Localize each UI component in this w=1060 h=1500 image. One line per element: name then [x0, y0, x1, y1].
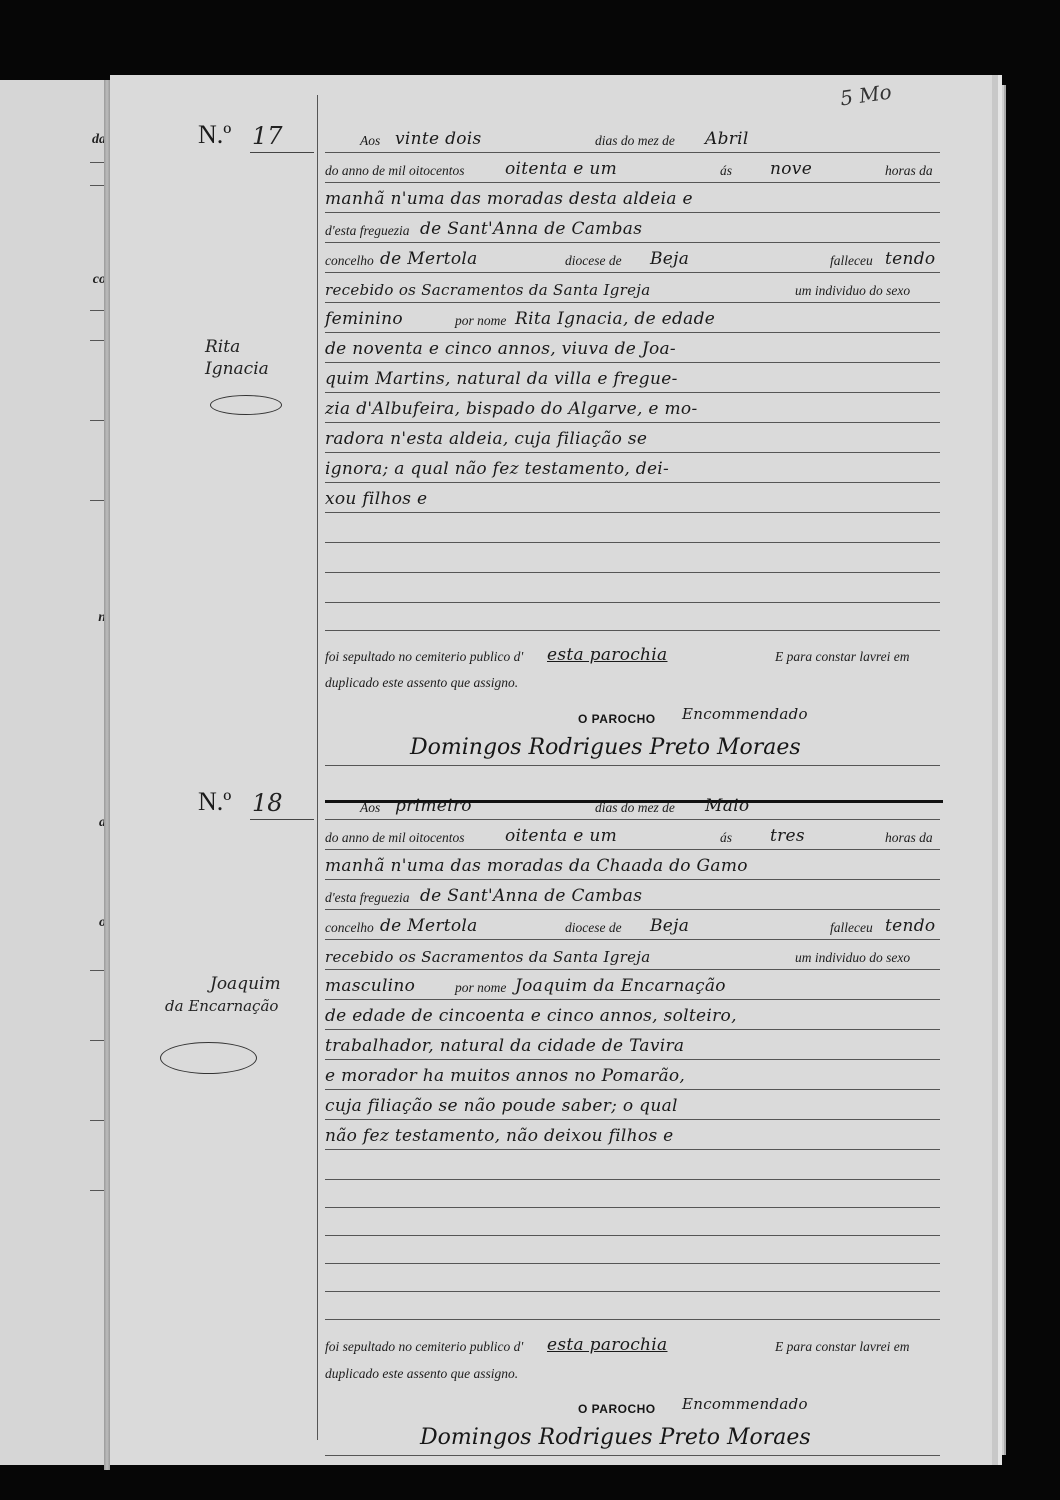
handwritten-month: Maio: [705, 796, 749, 816]
blank-rule: [325, 572, 940, 573]
record-body-line: de edade de cincoenta e cinco annos, sol…: [325, 1003, 940, 1030]
handwritten-concelho: de Mertola: [380, 249, 478, 269]
parocho-title: Encommendado: [682, 705, 808, 723]
handwritten-sex: feminino: [325, 309, 403, 329]
handwritten-hour: tres: [770, 826, 805, 846]
blank-rule: [325, 542, 940, 543]
printed-text: E para constar lavrei em: [775, 649, 909, 665]
printed-text: concelho: [325, 920, 374, 936]
printed-text: Aos: [360, 133, 380, 149]
printed-text: foi sepultado no cemiterio publico d': [325, 1339, 523, 1355]
handwritten-parish: de Sant'Anna de Cambas: [420, 219, 642, 239]
handwritten-year: oitenta e um: [505, 826, 617, 846]
handwritten-text: de edade de cincoenta e cinco annos, sol…: [325, 1006, 737, 1026]
record-line-year: do anno de mil oitocentos oitenta e um á…: [325, 156, 940, 183]
handwritten-hour: nove: [770, 159, 812, 179]
record-line-place: manhã n'uma das moradas desta aldeia e: [325, 186, 940, 213]
blank-rule: [325, 1263, 940, 1264]
handwritten-concelho: de Mertola: [380, 916, 478, 936]
record-line-name: feminino por nome Rita Ignacia, de edade: [325, 306, 940, 333]
printed-text: duplicado este assento que assigno.: [325, 1366, 518, 1382]
record-number: 18: [252, 789, 283, 817]
handwritten-deceased-name: Joaquim da Encarnação: [515, 976, 726, 996]
handwritten-text: recebido os Sacramentos da Santa Igreja: [325, 281, 650, 299]
printed-text: diocese de: [565, 920, 622, 936]
handwritten-burial-place: esta parochia: [547, 645, 667, 665]
record-line-sacraments: recebido os Sacramentos da Santa Igreja …: [325, 276, 940, 303]
record-body-line: não fez testamento, não deixou filhos e: [325, 1123, 940, 1150]
printed-text: do anno de mil oitocentos: [325, 163, 464, 179]
priest-signature: Domingos Rodrigues Preto Moraes: [410, 735, 801, 760]
margin-flourish: [160, 1042, 257, 1074]
blank-rule: [325, 1207, 940, 1208]
printed-text: um individuo do sexo: [795, 950, 910, 966]
record-line-date: Aos primeiro dias do mez de Maio: [325, 793, 940, 820]
record-body-line: e morador ha muitos annos no Pomarão,: [325, 1063, 940, 1090]
margin-name-line: Rita: [205, 337, 240, 357]
margin-deceased-name: Joaquim da Encarnação: [165, 973, 281, 1017]
left-facing-page: da co n a o: [0, 80, 108, 1465]
record-line-place: manhã n'uma das moradas da Chaada do Gam…: [325, 853, 940, 880]
printed-text: um individuo do sexo: [795, 283, 910, 299]
signature-rule: [325, 1455, 940, 1456]
folio-mark: 5 Mo: [839, 80, 893, 111]
record-body-line: cuja filiação se não poude saber; o qual: [325, 1093, 940, 1120]
signature-rule: [325, 765, 940, 766]
printed-text: dias do mez de: [595, 800, 675, 816]
margin-column-divider: [317, 95, 318, 1440]
handwritten-year: oitenta e um: [505, 159, 617, 179]
margin-name-line: Ignacia: [205, 359, 269, 379]
handwritten-text: tendo: [885, 249, 935, 269]
margin-name-line: da Encarnação: [165, 997, 278, 1015]
record-line-concelho: concelho de Mertola diocese de Beja fall…: [325, 913, 940, 940]
printed-text: do anno de mil oitocentos: [325, 830, 464, 846]
parocho-title: Encommendado: [682, 1395, 808, 1413]
blank-rule: [325, 602, 940, 603]
handwritten-text: xou filhos e: [325, 489, 427, 509]
handwritten-text: cuja filiação se não poude saber; o qual: [325, 1096, 678, 1116]
record-line-year: do anno de mil oitocentos oitenta e um á…: [325, 823, 940, 850]
handwritten-sex: masculino: [325, 976, 415, 996]
printed-text: foi sepultado no cemiterio publico d': [325, 649, 523, 665]
blank-rule: [325, 1235, 940, 1236]
blank-rule: [325, 1319, 940, 1320]
record-body-line: xou filhos e: [325, 486, 940, 513]
printed-text: duplicado este assento que assigno.: [325, 675, 518, 691]
record-line-name: masculino por nome Joaquim da Encarnação: [325, 973, 940, 1000]
burial-line: foi sepultado no cemiterio publico d' es…: [325, 642, 940, 668]
handwritten-text: quim Martins, natural da villa e fregue-: [325, 369, 678, 389]
handwritten-burial-place: esta parochia: [547, 1335, 667, 1355]
handwritten-parish: de Sant'Anna de Cambas: [420, 886, 642, 906]
printed-text: horas da: [885, 830, 933, 846]
printed-text: horas da: [885, 163, 933, 179]
record-number-label: N.º: [198, 787, 231, 817]
printed-text: dias do mez de: [595, 133, 675, 149]
blank-rule: [325, 630, 940, 631]
burial-line: foi sepultado no cemiterio publico d' es…: [325, 1332, 940, 1358]
record-line-parish: d'esta freguezia de Sant'Anna de Cambas: [325, 216, 940, 243]
printed-text: falleceu: [830, 253, 873, 269]
record-number-rule: [250, 819, 314, 820]
handwritten-diocese: Beja: [650, 249, 689, 269]
margin-flourish: [210, 395, 282, 415]
handwritten-text: zia d'Albufeira, bispado do Algarve, e m…: [325, 399, 698, 419]
closing-line: duplicado este assento que assigno.: [325, 668, 940, 694]
record-line-concelho: concelho de Mertola diocese de Beja fall…: [325, 246, 940, 273]
printed-text: diocese de: [565, 253, 622, 269]
parocho-label: O PAROCHO: [578, 1402, 656, 1416]
printed-text: E para constar lavrei em: [775, 1339, 909, 1355]
printed-text: concelho: [325, 253, 374, 269]
record-number-label: N.º: [198, 120, 231, 150]
handwritten-text: trabalhador, natural da cidade de Tavira: [325, 1036, 684, 1056]
handwritten-text: de noventa e cinco annos, viuva de Joa-: [325, 339, 676, 359]
record-body-line: trabalhador, natural da cidade de Tavira: [325, 1033, 940, 1060]
handwritten-text: recebido os Sacramentos da Santa Igreja: [325, 948, 650, 966]
handwritten-text: e morador ha muitos annos no Pomarão,: [325, 1066, 685, 1086]
record-body-line: ignora; a qual não fez testamento, dei-: [325, 456, 940, 483]
printed-text: falleceu: [830, 920, 873, 936]
handwritten-text: manhã n'uma das moradas desta aldeia e: [325, 189, 693, 209]
handwritten-text: ignora; a qual não fez testamento, dei-: [325, 459, 669, 479]
margin-name-line: Joaquim: [165, 974, 281, 994]
blank-rule: [325, 1291, 940, 1292]
blank-rule: [325, 1179, 940, 1180]
record-body-line: zia d'Albufeira, bispado do Algarve, e m…: [325, 396, 940, 423]
record-body-line: radora n'esta aldeia, cuja filiação se: [325, 426, 940, 453]
parocho-label: O PAROCHO: [578, 712, 656, 726]
register-page: 5 Mo N.º 17 Aos vinte dois dias do mez d…: [110, 75, 998, 1465]
handwritten-deceased-name: Rita Ignacia, de edade: [515, 309, 715, 329]
printed-text: Aos: [360, 800, 380, 816]
handwritten-text: manhã n'uma das moradas da Chaada do Gam…: [325, 856, 748, 876]
handwritten-text: tendo: [885, 916, 935, 936]
handwritten-day: primeiro: [395, 796, 472, 816]
handwritten-day: vinte dois: [395, 129, 482, 149]
handwritten-month: Abril: [705, 129, 749, 149]
margin-deceased-name: Rita Ignacia: [205, 336, 269, 380]
printed-text: d'esta freguezia: [325, 223, 410, 239]
printed-text: por nome: [455, 313, 506, 329]
printed-text: ás: [720, 830, 732, 846]
record-line-sacraments: recebido os Sacramentos da Santa Igreja …: [325, 943, 940, 970]
printed-text: por nome: [455, 980, 506, 996]
priest-signature: Domingos Rodrigues Preto Moraes: [420, 1425, 811, 1450]
printed-text: ás: [720, 163, 732, 179]
record-body-line: quim Martins, natural da villa e fregue-: [325, 366, 940, 393]
handwritten-text: radora n'esta aldeia, cuja filiação se: [325, 429, 647, 449]
record-number: 17: [252, 122, 283, 150]
record-number-rule: [250, 152, 314, 153]
closing-line: duplicado este assento que assigno.: [325, 1359, 940, 1385]
record-line-parish: d'esta freguezia de Sant'Anna de Cambas: [325, 883, 940, 910]
record-line-date: Aos vinte dois dias do mez de Abril: [325, 126, 940, 153]
handwritten-diocese: Beja: [650, 916, 689, 936]
handwritten-text: não fez testamento, não deixou filhos e: [325, 1126, 674, 1146]
printed-text: d'esta freguezia: [325, 890, 410, 906]
record-body-line: de noventa e cinco annos, viuva de Joa-: [325, 336, 940, 363]
